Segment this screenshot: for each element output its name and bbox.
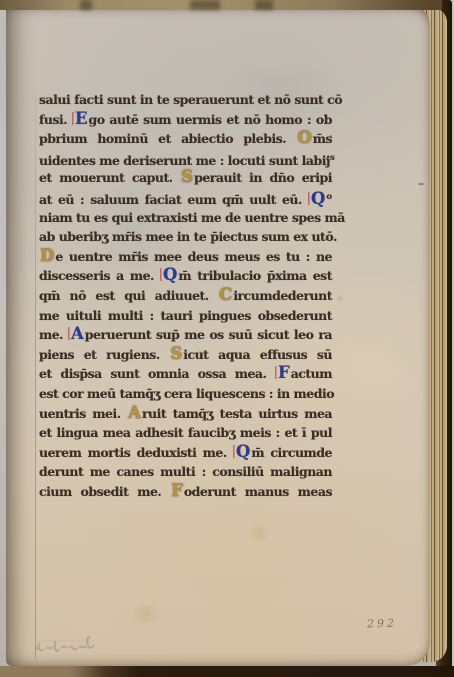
manuscript-line: uentris mei. Aruit tamq̄ʒ testa uirtus m… — [39, 404, 332, 424]
text-run: ruit tamq̄ʒ testa uirtus mea — [142, 406, 332, 421]
book-top-edge — [0, 0, 442, 10]
stain — [336, 295, 344, 302]
text-run: perauit in dn̄o eripi — [194, 170, 332, 185]
stain — [126, 605, 166, 623]
text-run: et lingua mea adhesit faucibʒ meis : et … — [39, 425, 332, 440]
text-run: ab uberibʒ mr̄is mee in te p̄iectus sum … — [39, 229, 337, 244]
manuscript-line: salui facti sunt in te sperauerunt et nō… — [39, 90, 332, 110]
manuscript-line: discesseris a me. Qm̄ tribulacio p̄xima … — [39, 266, 332, 286]
text-run: me. — [39, 327, 68, 342]
text-run: salui facti sunt in te sperauerunt et nō… — [39, 92, 342, 107]
illuminated-initial-gold: A — [127, 403, 142, 422]
text-run: me uituli multi : tauri pingues obsederu… — [39, 308, 332, 323]
text-run: derunt me canes multi : consiliū maligna… — [39, 464, 332, 479]
manuscript-line: fusi. Ego autē sum uermis et nō homo : o… — [39, 110, 332, 130]
manuscript-line: est cor meū tamq̄ʒ cera liquescens : in … — [39, 384, 332, 404]
folio-number: 292 — [367, 616, 397, 630]
illuminated-initial-gold: S — [180, 167, 194, 186]
illuminated-initial-blue: A — [68, 324, 85, 343]
manuscript-line: et disp̄sa sunt omnia ossa mea. Factum — [39, 364, 332, 384]
book-bottom-edge — [0, 666, 454, 677]
parchment-page: salui facti sunt in te sperauerunt et nō… — [6, 5, 430, 666]
text-run: oderunt manus meas — [184, 484, 332, 499]
manuscript-line: et lingua mea adhesit faucibʒ meis : et … — [39, 423, 332, 443]
manuscript-line: pbrium hominū et abiectio plebis. Om̄s — [39, 129, 332, 149]
text-run: m̄s — [313, 131, 332, 146]
text-run: uidentes me deriserunt me : locuti sunt … — [39, 153, 330, 168]
stain — [246, 525, 272, 541]
text-run: peruerunt sup̄ me os suū sicut leo ra — [85, 327, 332, 342]
text-run: niam tu es qui extraxisti me de uentre s… — [39, 210, 345, 225]
text-run: et mouerunt caput. — [39, 170, 180, 185]
manuscript-line: cium obsedit me. Foderunt manus meas — [39, 482, 332, 502]
manuscript-line: at eū : saluum faciat eum qm̄ uult eū. Q… — [39, 188, 332, 208]
manuscript-line: piens et rugiens. Sicut aqua effusus sū — [39, 345, 332, 365]
illuminated-initial-gold: O — [296, 128, 312, 147]
illuminated-initial-gold: C — [218, 285, 233, 304]
text-run: icut aqua effusus sū — [183, 347, 332, 362]
illuminated-initial-blue: E — [72, 109, 89, 128]
illuminated-initial-blue: Q — [160, 265, 178, 284]
text-block: salui facti sunt in te sperauerunt et nō… — [39, 90, 332, 501]
text-run: fusi. — [39, 112, 72, 127]
superscript-letter: o — [326, 192, 332, 202]
text-run: est cor meū tamq̄ʒ cera liquescens : in … — [39, 386, 334, 401]
manuscript-line: uerem mortis deduxisti me. Qm̄ circumde — [39, 443, 332, 463]
manuscript-line: qm̄ nō est qui adiuuet. Circumdederunt — [39, 286, 332, 306]
manuscript-line: me uituli multi : tauri pingues obsederu… — [39, 306, 332, 326]
manuscript-photo: salui facti sunt in te sperauerunt et nō… — [0, 0, 454, 677]
superscript-letter: s — [330, 153, 335, 163]
text-run: m̄ tribulacio p̄xima est — [178, 268, 332, 283]
manuscript-line: et mouerunt caput. Sperauit in dn̄o erip… — [39, 168, 332, 188]
text-run: cium obsedit me. — [39, 484, 170, 499]
illuminated-initial-blue: Q — [308, 189, 326, 208]
edge-blotch — [255, 0, 273, 10]
text-run: uerem mortis deduxisti me. — [39, 445, 233, 460]
manuscript-line: niam tu es qui extraxisti me de uentre s… — [39, 208, 332, 228]
text-run: pbrium hominū et abiectio plebis. — [39, 131, 296, 146]
illuminated-initial-gold: D — [39, 246, 55, 265]
illuminated-initial-gold: F — [170, 481, 184, 500]
text-run: uentris mei. — [39, 406, 127, 421]
text-run: actum — [291, 366, 332, 381]
manuscript-line: me. Aperuerunt sup̄ me os suū sicut leo … — [39, 325, 332, 345]
manuscript-line: derunt me canes multi : consiliū maligna… — [39, 462, 332, 482]
illuminated-initial-blue: F — [275, 363, 291, 382]
manuscript-line: ab uberibʒ mr̄is mee in te p̄iectus sum … — [39, 227, 332, 247]
text-run: e uentre mr̄is mee deus meus es tu : ne — [55, 249, 332, 264]
text-run: at eū : saluum faciat eum qm̄ uult eū. — [39, 192, 308, 207]
red-ruling-line — [35, 93, 36, 659]
text-run: go autē sum uermis et nō homo : ob — [89, 112, 332, 127]
ink-speck — [418, 183, 424, 185]
text-run: discesseris a me. — [39, 268, 160, 283]
edge-blotch — [80, 0, 92, 10]
manuscript-line: uidentes me deriserunt me : locuti sunt … — [39, 149, 332, 169]
text-run: ircumdederunt — [233, 288, 332, 303]
text-run: qm̄ nō est qui adiuuet. — [39, 288, 218, 303]
text-run: m̄ circumde — [251, 445, 332, 460]
text-run: et disp̄sa sunt omnia ossa mea. — [39, 366, 275, 381]
illuminated-initial-blue: Q — [233, 442, 251, 461]
manuscript-line: De uentre mr̄is mee deus meus es tu : ne — [39, 247, 332, 267]
illuminated-initial-gold: S — [169, 344, 183, 363]
faded-ink-stamp — [33, 635, 97, 657]
text-run: piens et rugiens. — [39, 347, 169, 362]
edge-blotch — [190, 0, 220, 10]
